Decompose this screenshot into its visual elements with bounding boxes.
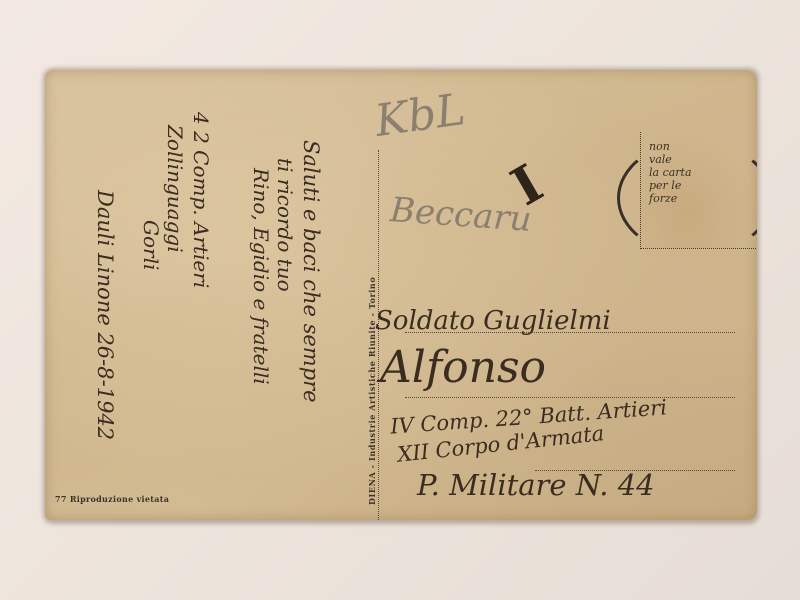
address-line-1: Soldato Guglielmi bbox=[375, 306, 611, 336]
message-line-1: Saluti e baci che sempre bbox=[299, 140, 323, 403]
reproduction-number: 77 bbox=[55, 494, 67, 504]
address-rule-2 bbox=[405, 397, 735, 398]
message-line-4: 4 2 Comp. Artieri bbox=[189, 112, 213, 288]
stamp-note-line: la carta bbox=[649, 166, 749, 179]
message-line-6: Gorli bbox=[139, 220, 163, 270]
postcard: Saluti e baci che sempre ti ricordo tuo … bbox=[45, 70, 757, 520]
pencil-note-top: KbL bbox=[372, 84, 468, 147]
stamp-note-line: forze bbox=[649, 192, 749, 205]
address-line-2: Alfonso bbox=[380, 342, 546, 393]
stamp-note-line: vale bbox=[649, 153, 749, 166]
stamp-note-line: non bbox=[649, 140, 749, 153]
place-date: Dauli Linone 26-8-1942 bbox=[93, 190, 117, 440]
pencil-note-name: Beccaru bbox=[389, 190, 533, 240]
message-line-3: Rino, Egidio e fratelli bbox=[249, 168, 273, 385]
stamp-note-line: per le bbox=[649, 179, 749, 192]
reproduction-text: Riproduzione vietata bbox=[70, 494, 169, 504]
address-line-5: P. Militare N. 44 bbox=[417, 468, 655, 502]
stamp-area: non vale la carta per le forze bbox=[640, 132, 756, 249]
message-line-2: ti ricordo tuo bbox=[273, 158, 297, 292]
reproduction-notice: 77 Riproduzione vietata bbox=[55, 494, 169, 504]
stamp-area-note: non vale la carta per le forze bbox=[649, 140, 749, 205]
message-line-5: Zollinguaggi bbox=[163, 125, 187, 253]
